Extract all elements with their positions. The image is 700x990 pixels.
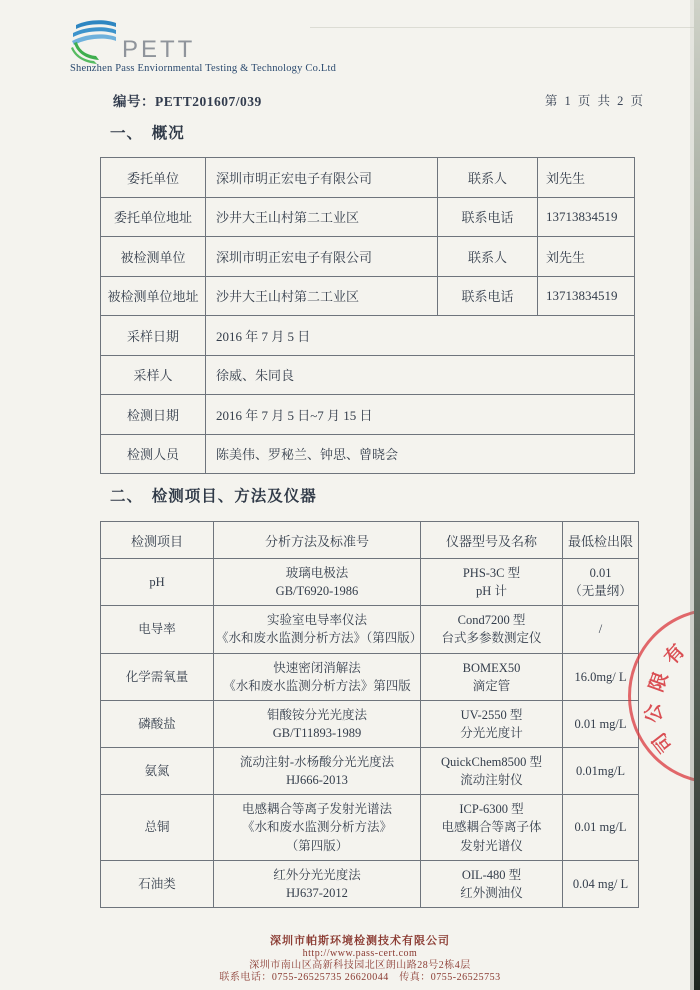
table-row: 委托单位 深圳市明正宏电子有限公司 联系人 刘先生 [101, 158, 635, 198]
test-item: 电导率 [101, 606, 214, 653]
scan-artifact-line [310, 27, 695, 28]
table-row: 采样日期 2016 年 7 月 5 日 [101, 316, 635, 356]
analysis-method: 电感耦合等离子发射光谱法 《水和废水监测分析方法》 （第四版） [214, 795, 421, 860]
contact-label: 联系人 [438, 158, 538, 198]
instrument: ICP-6300 型 电感耦合等离子体 发射光谱仪 [421, 795, 563, 860]
row-value: 沙井大王山村第二工业区 [206, 197, 438, 237]
report-number: 编号：PETT201607/039 [113, 90, 262, 110]
table-row: 氨氮 流动注射-水杨酸分光光度法 HJ666-2013 QuickChem850… [101, 748, 639, 795]
table-row: 总铜 电感耦合等离子发射光谱法 《水和废水监测分析方法》 （第四版） ICP-6… [101, 795, 639, 860]
test-item: 总铜 [101, 795, 214, 860]
table-row: 采样人 徐威、朱同良 [101, 355, 635, 395]
row-value: 2016 年 7 月 5 日~7 月 15 日 [206, 395, 635, 435]
table-row: 检测人员 陈美伟、罗秘兰、钟思、曾晓会 [101, 434, 635, 474]
report-number-label: 编号： [113, 94, 155, 109]
page-indicator: 第 1 页 共 2 页 [545, 91, 645, 109]
report-footer: 深圳市帕斯环境检测技术有限公司 http://www.pass-cert.com… [90, 935, 630, 983]
contact-label: 联系电话 [438, 197, 538, 237]
test-item: 石油类 [101, 860, 214, 907]
instrument: QuickChem8500 型 流动注射仪 [421, 748, 563, 795]
row-label: 被检测单位地址 [101, 276, 206, 316]
column-header: 分析方法及标准号 [214, 522, 421, 559]
section1-title: 一、 概况 [110, 121, 185, 143]
row-label: 检测人员 [101, 434, 206, 474]
row-value: 徐威、朱同良 [206, 355, 635, 395]
row-label: 委托单位 [101, 158, 206, 198]
pett-swirl-logo-icon [70, 20, 118, 64]
footer-contacts: 联系电话：0755-26525735 26620044 传真：0755-2652… [90, 972, 630, 984]
table-row: 磷酸盐 钼酸铵分光光度法 GB/T11893-1989 UV-2550 型 分光… [101, 700, 639, 747]
contact-value: 13713834519 [538, 276, 635, 316]
table-row: 石油类 红外分光光度法 HJ637-2012 OIL-480 型 红外测油仪 0… [101, 860, 639, 907]
row-label: 检测日期 [101, 395, 206, 435]
instrument: Cond7200 型 台式多参数测定仪 [421, 606, 563, 653]
footer-website: http://www.pass-cert.com [90, 948, 630, 960]
logo-wordmark: PETT [122, 38, 195, 64]
analysis-method: 实验室电导率仪法 《水和废水监测分析方法》（第四版） [214, 606, 421, 653]
table-row: 委托单位地址 沙井大王山村第二工业区 联系电话 13713834519 [101, 197, 635, 237]
row-label: 采样日期 [101, 316, 206, 356]
analysis-method: 流动注射-水杨酸分光光度法 HJ666-2013 [214, 748, 421, 795]
instrument: OIL-480 型 红外测油仪 [421, 860, 563, 907]
report-number-value: PETT201607/039 [155, 94, 262, 109]
footer-address: 深圳市南山区高新科技园北区朗山路28号2栋4层 [90, 960, 630, 972]
instrument: UV-2550 型 分光光度计 [421, 700, 563, 747]
company-name-english: Shenzhen Pass Enviornmental Testing & Te… [70, 63, 336, 74]
test-methods-table: 检测项目 分析方法及标准号 仪器型号及名称 最低检出限 pH 玻璃电极法 GB/… [100, 521, 639, 908]
column-header: 检测项目 [101, 522, 214, 559]
column-header: 最低检出限 [563, 522, 639, 559]
detection-limit: 0.01 （无量纲） [563, 559, 639, 606]
row-value: 沙井大王山村第二工业区 [206, 276, 438, 316]
analysis-method: 快速密闭消解法 《水和废水监测分析方法》第四版 [214, 653, 421, 700]
row-label: 委托单位地址 [101, 197, 206, 237]
contact-label: 联系人 [438, 237, 538, 277]
contact-value: 13713834519 [538, 197, 635, 237]
row-value: 深圳市明正宏电子有限公司 [206, 158, 438, 198]
table-row: 检测日期 2016 年 7 月 5 日~7 月 15 日 [101, 395, 635, 435]
row-label: 采样人 [101, 355, 206, 395]
overview-table: 委托单位 深圳市明正宏电子有限公司 联系人 刘先生 委托单位地址 沙井大王山村第… [100, 157, 635, 474]
scanned-report-page: PETT Shenzhen Pass Enviornmental Testing… [0, 0, 700, 990]
row-value: 2016 年 7 月 5 日 [206, 316, 635, 356]
contact-value: 刘先生 [538, 158, 635, 198]
test-item: 磷酸盐 [101, 700, 214, 747]
row-label: 被检测单位 [101, 237, 206, 277]
instrument: PHS-3C 型 pH 计 [421, 559, 563, 606]
test-item: 氨氮 [101, 748, 214, 795]
instrument: BOMEX50 滴定管 [421, 653, 563, 700]
analysis-method: 玻璃电极法 GB/T6920-1986 [214, 559, 421, 606]
table-row: 化学需氧量 快速密闭消解法 《水和废水监测分析方法》第四版 BOMEX50 滴定… [101, 653, 639, 700]
row-value: 深圳市明正宏电子有限公司 [206, 237, 438, 277]
table-row: 被检测单位地址 沙井大王山村第二工业区 联系电话 13713834519 [101, 276, 635, 316]
detection-limit: 0.04 mg/ L [563, 860, 639, 907]
company-logo: PETT [70, 20, 195, 64]
analysis-method: 红外分光光度法 HJ637-2012 [214, 860, 421, 907]
section2-title: 二、 检测项目、方法及仪器 [110, 484, 317, 506]
row-value: 陈美伟、罗秘兰、钟思、曾晓会 [206, 434, 635, 474]
contact-value: 刘先生 [538, 237, 635, 277]
scan-edge-strip [694, 0, 700, 990]
footer-company-name: 深圳市帕斯环境检测技术有限公司 [90, 935, 630, 948]
detection-limit: 0.01 mg/L [563, 795, 639, 860]
table-header-row: 检测项目 分析方法及标准号 仪器型号及名称 最低检出限 [101, 522, 639, 559]
table-row: pH 玻璃电极法 GB/T6920-1986 PHS-3C 型 pH 计 0.0… [101, 559, 639, 606]
test-item: pH [101, 559, 214, 606]
analysis-method: 钼酸铵分光光度法 GB/T11893-1989 [214, 700, 421, 747]
test-item: 化学需氧量 [101, 653, 214, 700]
table-row: 电导率 实验室电导率仪法 《水和废水监测分析方法》（第四版） Cond7200 … [101, 606, 639, 653]
column-header: 仪器型号及名称 [421, 522, 563, 559]
contact-label: 联系电话 [438, 276, 538, 316]
table-row: 被检测单位 深圳市明正宏电子有限公司 联系人 刘先生 [101, 237, 635, 277]
